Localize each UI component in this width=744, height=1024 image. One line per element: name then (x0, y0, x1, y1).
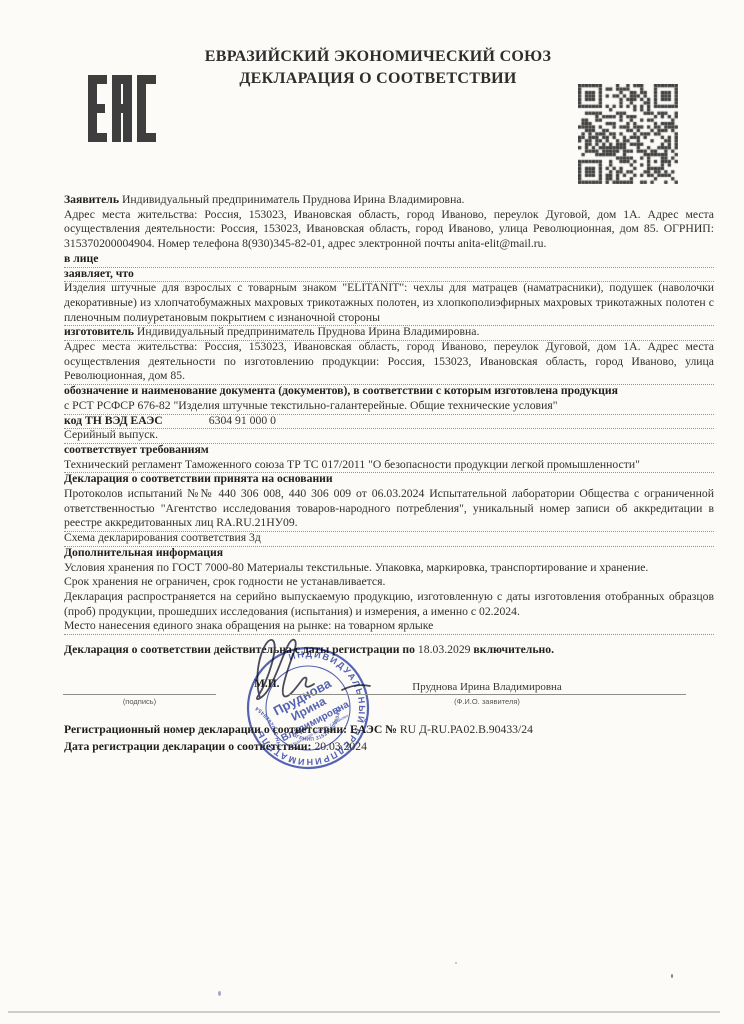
doc-row: Серийный выпуск. (64, 428, 714, 444)
doc-row: Протоколов испытаний №№ 440 306 008, 440… (64, 487, 714, 532)
doc-row: Срок хранения не ограничен, срок годност… (64, 575, 714, 590)
document-page: ЕВРАЗИЙСКИЙ ЭКОНОМИЧЕСКИЙ СОЮЗ ДЕКЛАРАЦИ… (0, 0, 744, 1024)
doc-row: изготовитель Индивидуальный предпринимат… (64, 325, 714, 341)
title-line-1: ЕВРАЗИЙСКИЙ ЭКОНОМИЧЕСКИЙ СОЮЗ (0, 46, 744, 68)
applicant-caption: (Ф.И.О. заявителя) (288, 697, 686, 706)
doc-row: соответствует требованиям (64, 443, 714, 458)
doc-row: заявляет, что (64, 267, 714, 283)
doc-row: Изделия штучные для взрослых с товарным … (64, 281, 714, 326)
registration-date-row: Дата регистрации декларации о соответств… (64, 739, 724, 754)
stamp-seal: ИНДИВИДУАЛЬНЫЙ ПРЕДПРИНИМАТЕЛЬ ИНН 37026… (223, 623, 393, 793)
doc-row: обозначение и наименование документа (до… (64, 384, 714, 399)
doc-row: Условия хранения по ГОСТ 7000-80 Материа… (64, 561, 714, 576)
doc-row: Адрес места жительства: Россия, 153023, … (64, 208, 714, 252)
signature-caption: (подпись) (63, 697, 216, 706)
doc-row: Декларация распространяется на серийно в… (64, 590, 714, 619)
doc-row: код ТН ВЭД ЕАЭС6304 91 000 0 (64, 414, 714, 430)
signature-line (63, 694, 216, 695)
page-bottom-edge (8, 1011, 720, 1013)
doc-row: Заявитель Индивидуальный предприниматель… (64, 193, 714, 208)
doc-row: с РСТ РСФСР 676-82 "Изделия штучные текс… (64, 399, 714, 415)
registration-number-value: RU Д-RU.РА02.В.90433/24 (400, 723, 533, 736)
doc-row: Адрес места жительства: Россия, 153023, … (64, 340, 714, 385)
doc-row: Дополнительная информация (64, 546, 714, 561)
scan-speck (455, 962, 457, 964)
doc-row: Технический регламент Таможенного союза … (64, 458, 714, 474)
scan-speck (671, 974, 673, 978)
doc-row: в лице (64, 252, 714, 268)
qr-code (578, 84, 678, 184)
mp-mark: М.П. (254, 678, 280, 690)
registration-date-value: 20.03.2024 (314, 740, 367, 753)
applicant-name: Пруднова Ирина Владимировна (288, 681, 686, 693)
scan-speck (218, 991, 221, 996)
doc-row: Декларация о соответствии принята на осн… (64, 472, 714, 487)
registration-number-row: Регистрационный номер декларации о соотв… (64, 722, 724, 737)
registration-date-label: Дата регистрации декларации о соответств… (64, 740, 314, 753)
name-line (288, 694, 686, 695)
registration-number-label: Регистрационный номер декларации о соотв… (64, 723, 400, 736)
doc-body: Заявитель Индивидуальный предприниматель… (64, 193, 714, 658)
doc-row: Схема декларирования соответствия 3д (64, 531, 714, 547)
